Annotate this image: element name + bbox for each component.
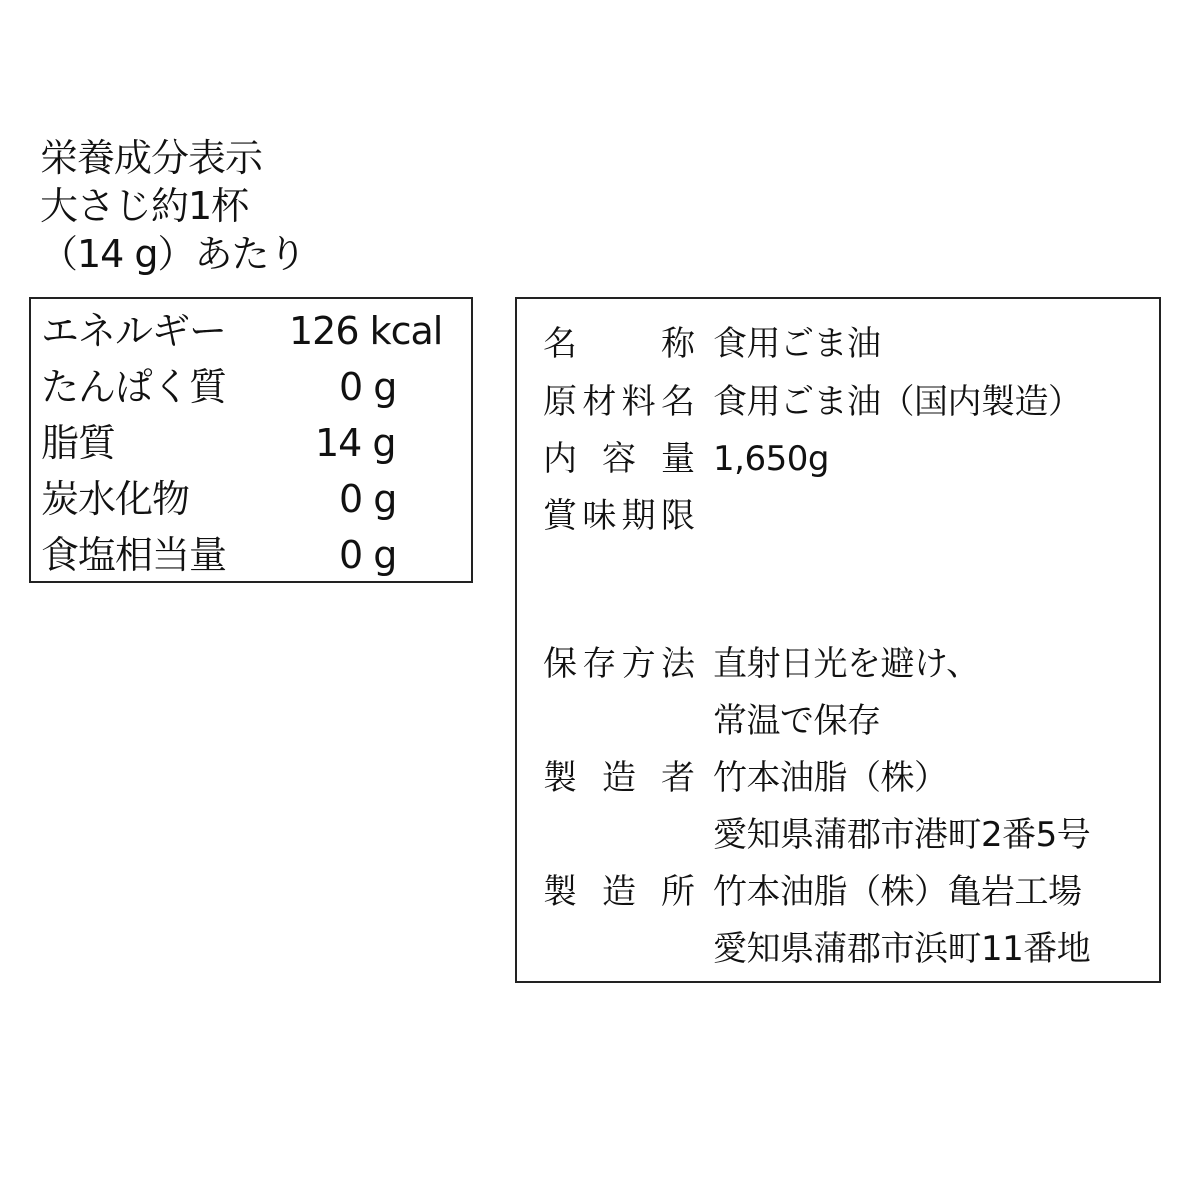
nutrition-facts-table: エネルギー 126 kcal たんぱく質 0 g 脂質 14 g 炭水化物 0 … [29, 297, 473, 583]
heading-serving-weight: （14 g）あたり [40, 230, 306, 278]
label-char: 所 [661, 867, 695, 917]
info-value: 愛知県蒲郡市浜町11番地 [713, 924, 1090, 974]
label-char: 造 [602, 753, 636, 803]
info-label: 名 称 [543, 319, 695, 369]
info-label: 原 材 料 名 [543, 377, 695, 427]
nutrition-heading: 栄養成分表示 大さじ約1杯 （14 g）あたり [40, 134, 306, 278]
info-value: 1,650g [713, 434, 829, 484]
info-value: 愛知県蒲郡市港町2番5号 [713, 810, 1090, 860]
label-char: 名 [543, 319, 577, 369]
label-char: 称 [661, 319, 695, 369]
nutrition-value: 0 g [339, 473, 396, 525]
label-char: 製 [543, 867, 577, 917]
label-char: 期 [622, 491, 656, 541]
nutrition-label: たんぱく質 [41, 361, 226, 413]
label-char: 原 [543, 377, 577, 427]
info-value: 竹本油脂（株） [713, 753, 948, 803]
label-char: 賞 [543, 491, 577, 541]
label-char: 料 [622, 377, 656, 427]
nutrition-label: 食塩相当量 [41, 529, 226, 581]
nutrition-label: 炭水化物 [41, 473, 189, 525]
nutrition-value: 0 g [339, 529, 396, 581]
label-char: 法 [661, 639, 695, 689]
info-label: 製 造 所 [543, 867, 695, 917]
nutrition-label: エネルギー [41, 305, 226, 357]
nutrition-value: 126 kcal [289, 305, 442, 357]
label-char: 容 [602, 434, 636, 484]
info-value: 常温で保存 [713, 696, 881, 746]
label-char: 保 [543, 639, 577, 689]
info-value: 食用ごま油 [713, 319, 881, 369]
info-value: 食用ごま油（国内製造） [713, 377, 1082, 427]
info-value: 竹本油脂（株）亀岩工場 [713, 867, 1082, 917]
nutrition-value: 14 g [315, 417, 396, 469]
label-char: 量 [661, 434, 695, 484]
info-label: 賞 味 期 限 [543, 491, 695, 541]
nutrition-label: 脂質 [41, 417, 115, 469]
label-char: 名 [661, 377, 695, 427]
label-char: 内 [543, 434, 577, 484]
label-char: 造 [602, 867, 636, 917]
heading-title: 栄養成分表示 [40, 134, 306, 182]
heading-serving: 大さじ約1杯 [40, 182, 306, 230]
product-info-table: 名 称 食用ごま油 原 材 料 名 食用ごま油（国内製造） 内 容 量 1,65… [515, 297, 1161, 983]
nutrition-value: 0 g [339, 361, 396, 413]
info-label: 保 存 方 法 [543, 639, 695, 689]
info-label: 内 容 量 [543, 434, 695, 484]
info-value: 直射日光を避け、 [713, 639, 980, 689]
info-label: 製 造 者 [543, 753, 695, 803]
label-char: 製 [543, 753, 577, 803]
label-char: 限 [661, 491, 695, 541]
label-char: 方 [622, 639, 656, 689]
label-char: 存 [582, 639, 616, 689]
label-char: 者 [661, 753, 695, 803]
label-char: 材 [582, 377, 616, 427]
label-char: 味 [582, 491, 616, 541]
